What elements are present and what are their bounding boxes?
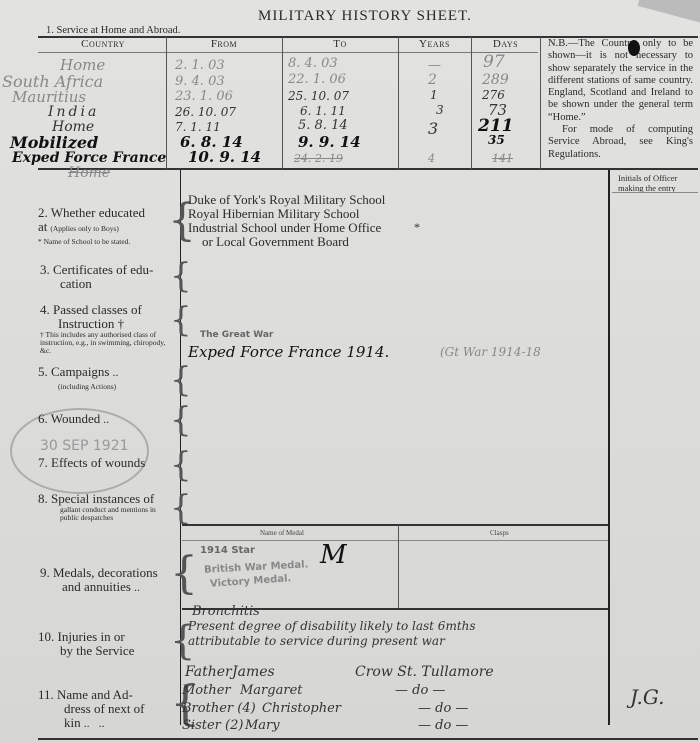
schools-mark: * bbox=[414, 220, 420, 235]
ink-blot bbox=[628, 40, 640, 56]
divider bbox=[38, 738, 698, 740]
section-3-label: 3. Certificates of edu- cation bbox=[40, 263, 153, 291]
medal-name-header: Name of Medal bbox=[260, 529, 304, 537]
cell-to: 25. 10. 07 bbox=[288, 89, 349, 103]
section-5-label: 5. Campaigns .. (including Actions) bbox=[38, 365, 119, 392]
cell-from: 23. 1. 06 bbox=[175, 89, 233, 104]
divider bbox=[398, 37, 399, 169]
initials-header: Initials of Officer making the entry bbox=[618, 173, 698, 193]
divider bbox=[38, 52, 538, 53]
school-item: or Local Government Board bbox=[188, 235, 385, 249]
section-1-title: 1. Service at Home and Abroad. bbox=[46, 25, 180, 36]
col-header-country: Country bbox=[40, 38, 166, 50]
section-6-label: 6. Wounded .. bbox=[38, 412, 109, 426]
paper-corner bbox=[638, 0, 700, 29]
cell-country: Exped Force France bbox=[12, 150, 166, 166]
cell-to: 6. 1. 11 bbox=[300, 104, 346, 118]
divider bbox=[38, 168, 698, 170]
col-header-years: Years bbox=[398, 38, 471, 50]
school-item: Royal Hibernian Military School bbox=[188, 207, 385, 221]
cell-to: 8. 4. 03 bbox=[288, 56, 338, 71]
school-item: Industrial School under Home Office bbox=[188, 221, 385, 235]
col-header-days: Days bbox=[471, 38, 540, 50]
medal-entry: Victory Medal. bbox=[210, 573, 292, 590]
brace: { bbox=[170, 256, 192, 296]
divider bbox=[471, 37, 472, 169]
divider bbox=[182, 524, 608, 526]
cell-days: 35 bbox=[488, 133, 505, 147]
document-page: MILITARY HISTORY SHEET. 1. Service at Ho… bbox=[0, 0, 700, 743]
cell-country: India bbox=[48, 104, 99, 120]
clasps-header: Clasps bbox=[490, 529, 509, 537]
great-war-stamp: The Great War bbox=[200, 330, 273, 340]
divider bbox=[608, 170, 610, 725]
cell-from: 10. 9. 14 bbox=[188, 148, 261, 166]
cell-years: 2 bbox=[428, 72, 437, 88]
divider bbox=[540, 37, 541, 169]
injury-line: attributable to service during present w… bbox=[188, 634, 445, 648]
section-7-label: 7. Effects of wounds bbox=[38, 456, 145, 470]
nb-note-text: N.B.—The Country only to be shown—it is … bbox=[548, 38, 693, 123]
cell-days: 289 bbox=[482, 72, 509, 88]
brace: { bbox=[170, 445, 192, 485]
section-9-label: 9. Medals, decorations and annuities .. bbox=[40, 566, 158, 594]
schools-list: Duke of York's Royal Military School Roy… bbox=[188, 193, 385, 249]
crossed-entry: Home bbox=[68, 165, 110, 181]
medal-entry: 1914 Star bbox=[200, 545, 255, 556]
cell-years: 3 bbox=[436, 103, 444, 117]
divider bbox=[282, 37, 283, 169]
injury-line: Bronchitis bbox=[192, 604, 260, 619]
school-item: Duke of York's Royal Military School bbox=[188, 193, 385, 207]
section-4-label: 4. Passed classes of Instruction † † Thi… bbox=[40, 303, 170, 355]
medal-entry: British War Medal. bbox=[204, 559, 309, 575]
cell-from: 7. 1. 11 bbox=[175, 120, 221, 134]
nb-note-text-2: For mode of computing Service Abroad, se… bbox=[548, 124, 693, 160]
cell-years: 1 bbox=[430, 88, 438, 102]
section-11-label: 11. Name and Ad- dress of next of kin ..… bbox=[38, 688, 145, 730]
divider bbox=[612, 192, 698, 193]
col-header-to: To bbox=[282, 38, 398, 50]
injury-line: Present degree of disability likely to l… bbox=[188, 619, 476, 633]
brace: { bbox=[170, 360, 192, 400]
cell-years: 4 bbox=[428, 152, 435, 165]
brace: { bbox=[170, 300, 192, 340]
cell-to: 24. 2. 19 bbox=[294, 152, 343, 165]
section-10-label: 10. Injuries in or by the Service bbox=[38, 630, 134, 658]
cell-days: 97 bbox=[483, 52, 505, 72]
section-8-label: 8. Special instances of gallant conduct … bbox=[38, 492, 170, 522]
cell-from: 2. 1. 03 bbox=[175, 58, 225, 73]
brace: { bbox=[170, 488, 192, 528]
cell-to: 9. 9. 14 bbox=[298, 133, 361, 151]
cell-from: 9. 4. 03 bbox=[175, 74, 225, 89]
cell-days: 276 bbox=[482, 88, 505, 102]
page-title: MILITARY HISTORY SHEET. bbox=[258, 8, 472, 25]
cell-years: — bbox=[428, 58, 441, 73]
section-2-label: 2. Whether educated at (Applies only to … bbox=[38, 206, 145, 247]
cell-to: 5. 8. 14 bbox=[298, 118, 348, 133]
hospital-stamp-date: 30 SEP 1921 bbox=[40, 438, 129, 454]
campaign-entry-2: (Gt War 1914-18 bbox=[440, 345, 541, 359]
nb-note: N.B.—The Country only to be shown—it is … bbox=[548, 38, 693, 161]
cell-days: 141 bbox=[492, 152, 513, 165]
brace: { bbox=[170, 548, 198, 599]
medal-initials: M bbox=[320, 540, 347, 570]
campaign-entry: Exped Force France 1914. bbox=[188, 343, 389, 361]
cell-years: 3 bbox=[428, 119, 438, 138]
divider bbox=[398, 525, 399, 609]
col-header-from: From bbox=[166, 38, 282, 50]
officer-initials: J.G. bbox=[630, 685, 664, 709]
divider bbox=[182, 540, 608, 541]
cell-from: 26. 10. 07 bbox=[175, 105, 236, 119]
cell-to: 22. 1. 06 bbox=[288, 72, 346, 87]
brace: { bbox=[170, 400, 192, 440]
